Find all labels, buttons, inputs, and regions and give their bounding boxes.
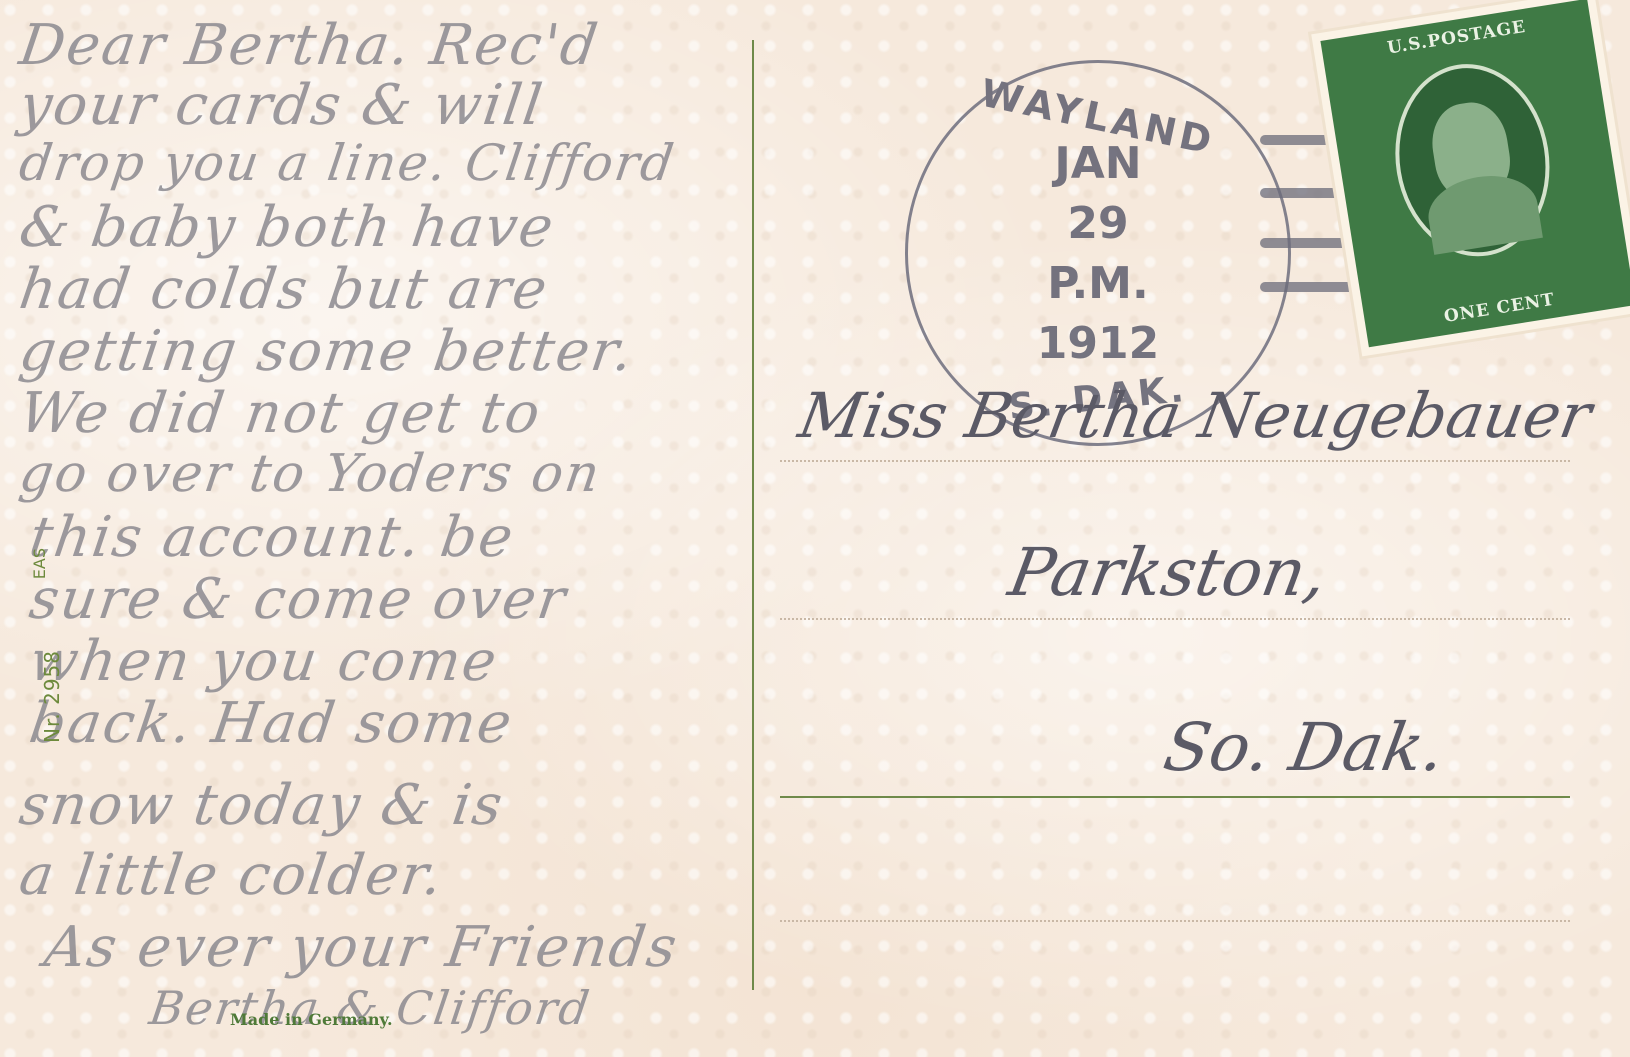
message-line: As ever your Friends xyxy=(41,920,682,976)
serial-number: Nr. 2958 xyxy=(40,650,64,743)
message-line: snow today & is xyxy=(16,778,507,834)
recipient-state: So. Dak. xyxy=(1159,715,1450,781)
message-line: & baby both have xyxy=(16,200,558,256)
franklin-portrait-icon xyxy=(1382,53,1563,268)
postage-stamp: U.S.POSTAGE ONE CENT xyxy=(1311,0,1630,356)
message-line: this account. be xyxy=(26,510,518,566)
stamp-value-text: ONE CENT xyxy=(1365,277,1630,339)
recipient-name: Miss Bertha Neugebauer xyxy=(795,385,1596,447)
message-line: Dear Bertha. Rec'd xyxy=(16,18,602,74)
address-line xyxy=(780,920,1570,922)
address-line xyxy=(780,796,1570,798)
center-divider xyxy=(752,40,754,990)
address-line xyxy=(780,460,1570,462)
message-line: We did not get to xyxy=(16,386,545,442)
postcard: Dear Bertha. Rec'd your cards & will dro… xyxy=(0,0,1630,1057)
address-line xyxy=(780,618,1570,620)
postmark-ampm: P.M. xyxy=(908,258,1288,309)
postmark-year: 1912 xyxy=(908,318,1288,369)
message-line: when you come xyxy=(26,634,501,690)
message-line: getting some better. xyxy=(16,324,638,380)
message-line: back. Had some xyxy=(26,696,517,752)
postmark-day: 29 xyxy=(908,198,1288,249)
message-line: go over to Yoders on xyxy=(16,448,604,500)
message-line: sure & come over xyxy=(26,572,570,628)
publisher-logo: EAS xyxy=(30,548,49,579)
message-line: drop you a line. Clifford xyxy=(16,138,678,188)
message-line: your cards & will xyxy=(16,78,547,134)
postmark-month: JAN xyxy=(908,138,1288,189)
made-in-germany-label: Made in Germany. xyxy=(230,1010,393,1029)
recipient-city: Parkston, xyxy=(1004,540,1332,606)
stamp-top-text: U.S.POSTAGE xyxy=(1322,7,1592,69)
message-line: had colds but are xyxy=(16,262,552,318)
message-line: a little colder. xyxy=(16,848,447,904)
